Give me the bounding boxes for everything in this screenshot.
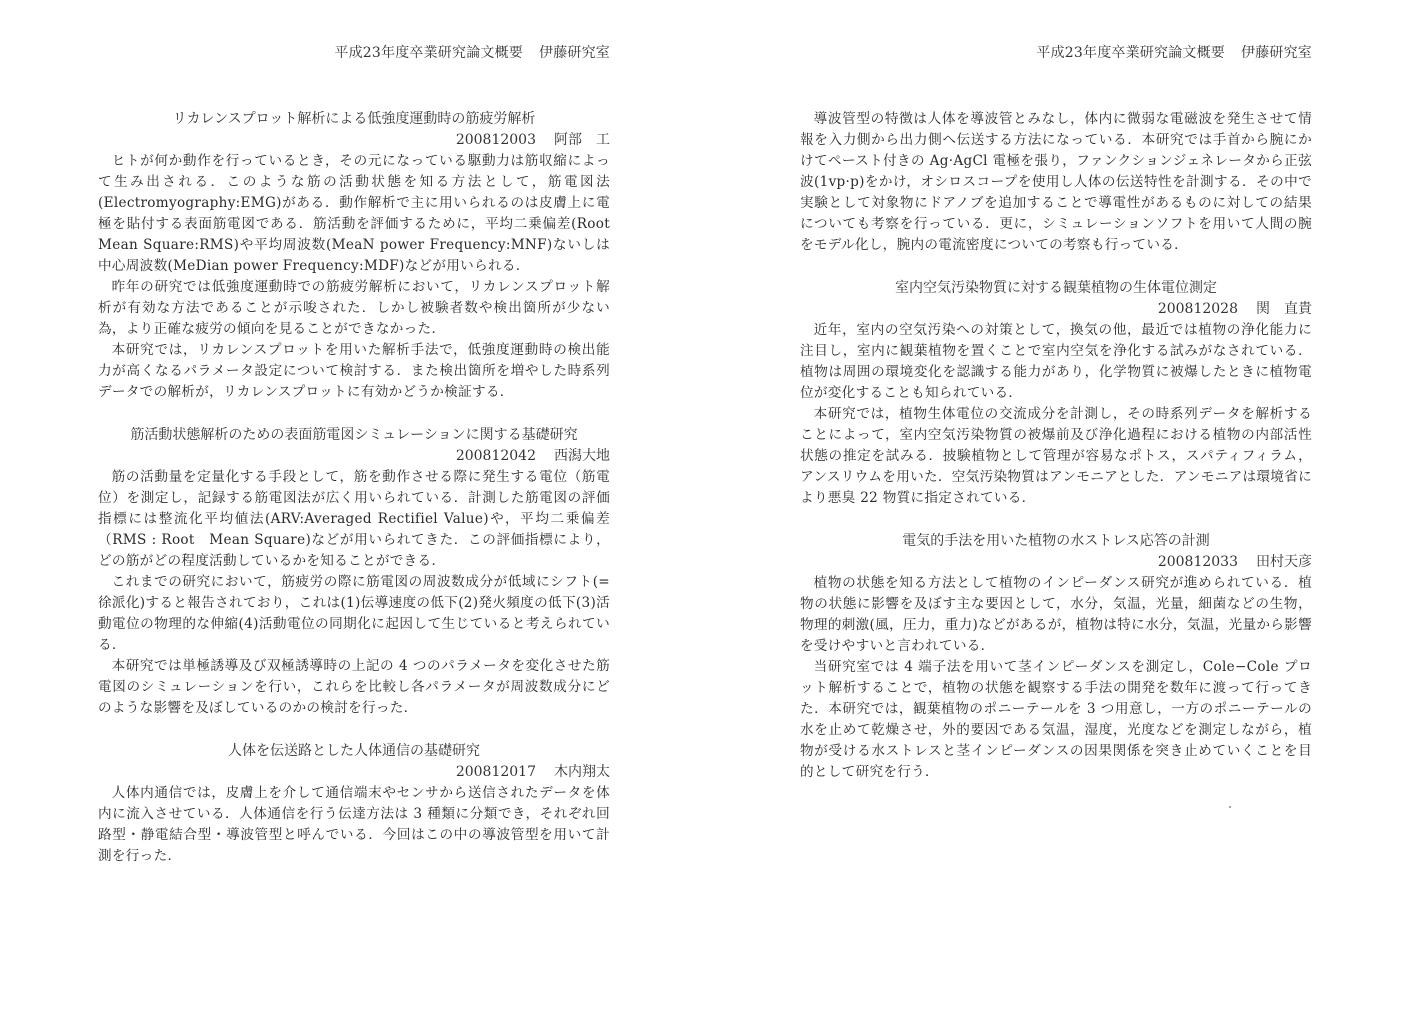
- running-head-title: 平成23年度卒業研究論文概要: [334, 45, 523, 61]
- abstract-section: リカレンスプロット解析による低強度運動時の筋疲労解析 200812003阿部 工…: [98, 109, 610, 403]
- student-id: 200812028: [1158, 301, 1238, 317]
- student-id: 200812003: [456, 132, 536, 148]
- student-id: 200812033: [1158, 554, 1238, 570]
- abstract-title: 室内空気汚染物質に対する観葉植物の生体電位測定: [800, 278, 1312, 299]
- abstract-title: 筋活動状態解析のための表面筋電図シミュレーションに関する基礎研究: [98, 425, 610, 446]
- abstract-paragraph: これまでの研究において，筋疲労の際に筋電図の周波数成分が低域にシフト(=徐派化)…: [98, 572, 610, 656]
- abstract-section: 人体を伝送路とした人体通信の基礎研究 200812017木内翔太 人体内通信では…: [98, 741, 610, 867]
- abstract-paragraph: 本研究では単極誘導及び双極誘導時の上記の 4 つのパラメータを変化させた筋電図の…: [98, 656, 610, 719]
- abstract-paragraph: 植物の状態を知る方法として植物のインピーダンス研究が進められている．植物の状態に…: [800, 573, 1312, 657]
- abstract-title: リカレンスプロット解析による低強度運動時の筋疲労解析: [98, 109, 610, 130]
- author-name: 関 直貴: [1256, 301, 1312, 317]
- author-name: 木内翔太: [554, 764, 610, 780]
- author-line: 200812028関 直貴: [800, 299, 1312, 320]
- abstract-section: 電気的手法を用いた植物の水ストレス応答の計測 200812033田村天彦 植物の…: [800, 531, 1312, 783]
- author-line: 200812017木内翔太: [98, 762, 610, 783]
- abstract-paragraph: 本研究では，植物生体電位の交流成分を計測し，その時系列データを解析することによっ…: [800, 404, 1312, 509]
- author-line: 200812033田村天彦: [800, 552, 1312, 573]
- running-head-title: 平成23年度卒業研究論文概要: [1036, 45, 1225, 61]
- abstract-paragraph: 本研究では，リカレンスプロットを用いた解析手法で，低強度運動時の検出能力が高くな…: [98, 340, 610, 403]
- student-id: 200812042: [456, 448, 536, 464]
- abstract-title: 人体を伝送路とした人体通信の基礎研究: [98, 741, 610, 762]
- continued-paragraph: 導波管型の特徴は人体を導波管とみなし，体内に微弱な電磁波を発生させて情報を入力側…: [800, 109, 1312, 256]
- abstract-paragraph: 昨年の研究では低強度運動時での筋疲労解析において，リカレンスプロット解析が有効な…: [98, 277, 610, 340]
- abstract-paragraph: 筋の活動量を定量化する手段として，筋を動作させる際に発生する電位（筋電位）を測定…: [98, 467, 610, 572]
- running-head: 平成23年度卒業研究論文概要伊藤研究室: [334, 42, 610, 62]
- abstract-section: 筋活動状態解析のための表面筋電図シミュレーションに関する基礎研究 2008120…: [98, 425, 610, 719]
- abstract-paragraph: ヒトが何か動作を行っているとき，その元になっている駆動力は筋収縮によって生み出さ…: [98, 151, 610, 277]
- running-head-lab: 伊藤研究室: [539, 45, 610, 61]
- author-line: 200812003阿部 工: [98, 130, 610, 151]
- abstract-flow: リカレンスプロット解析による低強度運動時の筋疲労解析 200812003阿部 工…: [98, 109, 610, 867]
- abstract-title: 電気的手法を用いた植物の水ストレス応答の計測: [800, 531, 1312, 552]
- author-line: 200812042西潟大地: [98, 446, 610, 467]
- abstract-paragraph: 当研究室では 4 端子法を用いて茎インピーダンスを測定し，Cole−Cole プ…: [800, 657, 1312, 783]
- running-head: 平成23年度卒業研究論文概要伊藤研究室: [1036, 42, 1312, 62]
- abstract-paragraph: 人体内通信では，皮膚上を介して通信端末やセンサから送信されたデータを体内に流入さ…: [98, 783, 610, 867]
- author-name: 田村天彦: [1256, 554, 1312, 570]
- section-gap: [98, 403, 610, 425]
- section-gap: [98, 719, 610, 741]
- running-head-lab: 伊藤研究室: [1241, 45, 1312, 61]
- section-gap: [800, 256, 1312, 278]
- abstract-flow: 導波管型の特徴は人体を導波管とみなし，体内に微弱な電磁波を発生させて情報を入力側…: [800, 109, 1312, 783]
- student-id: 200812017: [456, 764, 536, 780]
- author-name: 西潟大地: [554, 448, 610, 464]
- abstract-paragraph: 近年，室内の空気汚染への対策として，換気の他，最近では植物の浄化能力に注目し，室…: [800, 320, 1312, 404]
- abstract-section: 室内空気汚染物質に対する観葉植物の生体電位測定 200812028関 直貴 近年…: [800, 278, 1312, 509]
- scan-speck: [1229, 806, 1231, 808]
- author-name: 阿部 工: [554, 132, 610, 148]
- section-gap: [800, 509, 1312, 531]
